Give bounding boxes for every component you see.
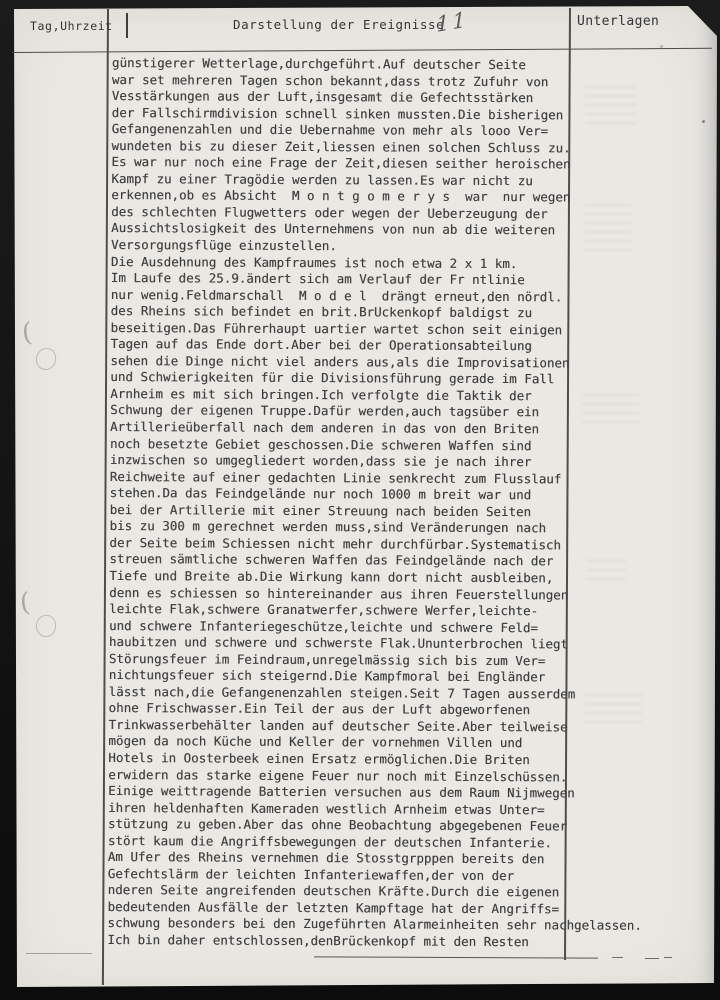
margin-dash [645,958,659,959]
scan-speck [702,120,705,123]
column-header-unterlagen: Unterlagen [577,14,659,29]
column-header-tag-uhrzeit: Tag,Uhrzeit [30,19,113,33]
scan-speck [660,45,663,48]
margin-dash [664,957,672,958]
column-header-darstellung: Darstellung der Ereignisse [233,17,444,32]
bottom-left-faint-line [26,953,92,954]
typewritten-body-text: günstigerer Wetterlage,durchgeführt.Auf … [107,55,646,951]
scanned-document-page: Tag,Uhrzeit Darstellung der Ereignisse 1… [0,0,720,1000]
header-tick-mark [126,13,128,38]
margin-dash [612,957,623,958]
